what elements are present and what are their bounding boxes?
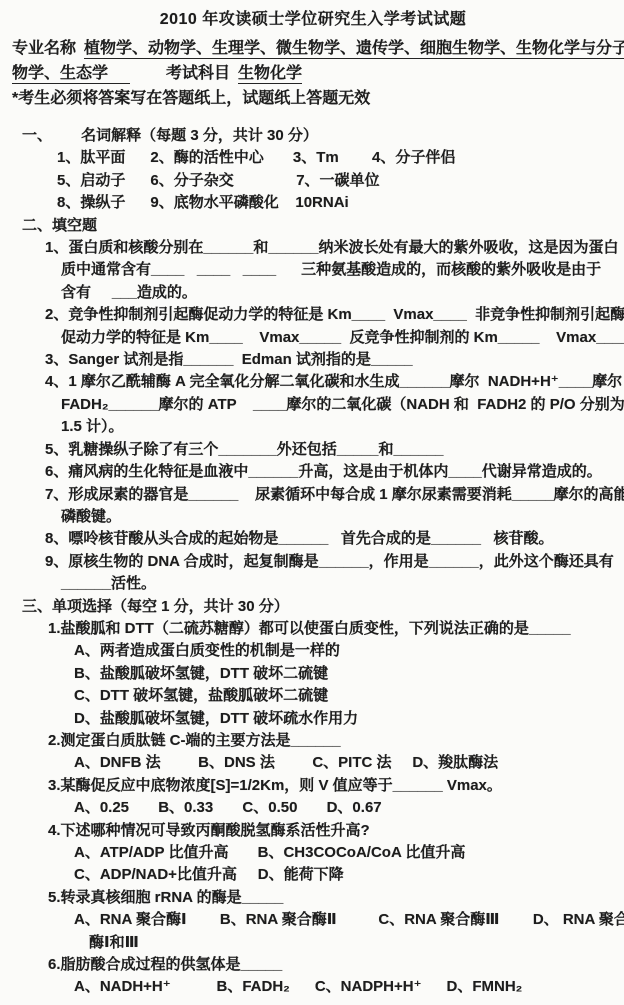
- fill-q5: 5、乳糖操纵子除了有三个_______外还包括_____和______: [12, 439, 614, 461]
- major-value-continued: 物学、生态学: [12, 65, 130, 84]
- section2-heading: 二、填空题: [12, 215, 614, 237]
- section3-heading: 三、单项选择（每空 1 分，共计 30 分）: [12, 596, 614, 618]
- section1-heading: 一、 名词解释（每题 3 分，共计 30 分）: [12, 125, 614, 147]
- choice-q3-options: A、0.25 B、0.33 C、0.50 D、0.67: [12, 797, 614, 819]
- choice-q5: 5.转录真核细胞 rRNA 的酶是_____: [12, 887, 614, 909]
- subject-label: 考试科目: [166, 65, 230, 82]
- choice-q4-options-cd: C、ADP/NAD+比值升高 D、能荷下降: [12, 864, 614, 886]
- major-value: 植物学、动物学、生理学、微生物学、遗传学、细胞生物学、生物化学与分子生: [84, 40, 624, 59]
- terms-row-1: 1、肽平面 2、酶的活性中心 3、Tm 4、分子伴侣: [12, 147, 614, 169]
- fill-q9-line-2: ______活性。: [12, 573, 614, 595]
- exam-paper: 2010 年攻读硕士学位研究生入学考试试题 专业名称植物学、动物学、生理学、微生…: [0, 0, 624, 1005]
- fill-q4-line-1: 4、1 摩尔乙酰辅酶 A 完全氧化分解二氧化碳和水生成______摩尔 NADH…: [12, 371, 614, 393]
- fill-q1-line-2: 质中通常含有____ ____ ____ 三种氨基酸造成的，而核酸的紫外吸收是由…: [12, 259, 614, 281]
- choice-q1-option-a: A、两者造成蛋白质变性的机制是一样的: [12, 640, 614, 662]
- choice-q3: 3.某酶促反应中底物浓度[S]=1/2Km，则 V 值应等于______ Vma…: [12, 775, 614, 797]
- candidate-notice: *考生必须将答案写在答题纸上，试题纸上答题无效: [12, 86, 614, 111]
- fill-q6: 6、痛风病的生化特征是血液中______升高，这是由于机体内____代谢异常造成…: [12, 461, 614, 483]
- fill-q2-line-1: 2、竞争性抑制剂引起酶促动力学的特征是 Km____ Vmax____ 非竞争性…: [12, 304, 614, 326]
- fill-q3: 3、Sanger 试剂是指______ Edman 试剂指的是_____: [12, 349, 614, 371]
- choice-q1-option-c: C、DTT 破坏氢键，盐酸胍破坏二硫键: [12, 685, 614, 707]
- fill-q2-line-2: 促动力学的特征是 Km____ Vmax_____ 反竞争性抑制剂的 Km___…: [12, 327, 614, 349]
- terms-row-2: 5、启动子 6、分子杂交 7、一碳单位: [12, 170, 614, 192]
- fill-q4-line-3: 1.5 计）。: [12, 416, 614, 438]
- fill-q8: 8、嘌呤核苷酸从头合成的起始物是______ 首先合成的是______ 核苷酸。: [12, 528, 614, 550]
- choice-q2: 2.测定蛋白质肽链 C-端的主要方法是______: [12, 730, 614, 752]
- fill-q7-line-2: 磷酸键。: [12, 506, 614, 528]
- fill-q1-line-1: 1、蛋白质和核酸分别在______和______纳米波长处有最大的紫外吸收，这是…: [12, 237, 614, 259]
- subject-value: 生物化学: [238, 65, 302, 84]
- choice-q1-option-d: D、盐酸胍破坏氢键，DTT 破坏疏水作用力: [12, 708, 614, 730]
- exam-title: 2010 年攻读硕士学位研究生入学考试试题: [12, 8, 614, 32]
- choice-q5-option-d-continued: 酶Ⅰ和Ⅲ: [12, 932, 614, 954]
- major-field-line-1: 专业名称植物学、动物学、生理学、微生物学、遗传学、细胞生物学、生物化学与分子生: [12, 36, 614, 61]
- choice-q1: 1.盐酸胍和 DTT（二硫苏糖醇）都可以使蛋白质变性，下列说法正确的是_____: [12, 618, 614, 640]
- choice-q1-option-b: B、盐酸胍破坏氢键，DTT 破坏二硫键: [12, 663, 614, 685]
- choice-q4-options-ab: A、ATP/ADP 比值升高 B、CH3COCoA/CoA 比值升高: [12, 842, 614, 864]
- fill-q4-line-2: FADH₂______摩尔的 ATP ____摩尔的二氧化碳（NADH 和 FA…: [12, 394, 614, 416]
- choice-q5-options: A、RNA 聚合酶Ⅰ B、RNA 聚合酶Ⅱ C、RNA 聚合酶Ⅲ D、 RNA …: [12, 909, 614, 931]
- choice-q2-options: A、DNFB 法 B、DNS 法 C、PITC 法 D、羧肽酶法: [12, 752, 614, 774]
- major-field-line-2: 物学、生态学考试科目生物化学: [12, 61, 614, 86]
- major-label: 专业名称: [12, 40, 76, 57]
- fill-q7-line-1: 7、形成尿素的器官是______ 尿素循环中每合成 1 摩尔尿素需要消耗____…: [12, 484, 614, 506]
- choice-q6: 6.脂肪酸合成过程的供氢体是_____: [12, 954, 614, 976]
- choice-q6-options: A、NADH+H⁺ B、FADH₂ C、NADPH+H⁺ D、FMNH₂: [12, 976, 614, 998]
- fill-q9-line-1: 9、原核生物的 DNA 合成时，起复制酶是______，作用是______，此外…: [12, 551, 614, 573]
- terms-row-3: 8、操纵子 9、底物水平磷酸化 10RNAi: [12, 192, 614, 214]
- choice-q4: 4.下述哪种情况可导致丙酮酸脱氢酶系活性升高?: [12, 820, 614, 842]
- fill-q1-line-3: 含有 ___造成的。: [12, 282, 614, 304]
